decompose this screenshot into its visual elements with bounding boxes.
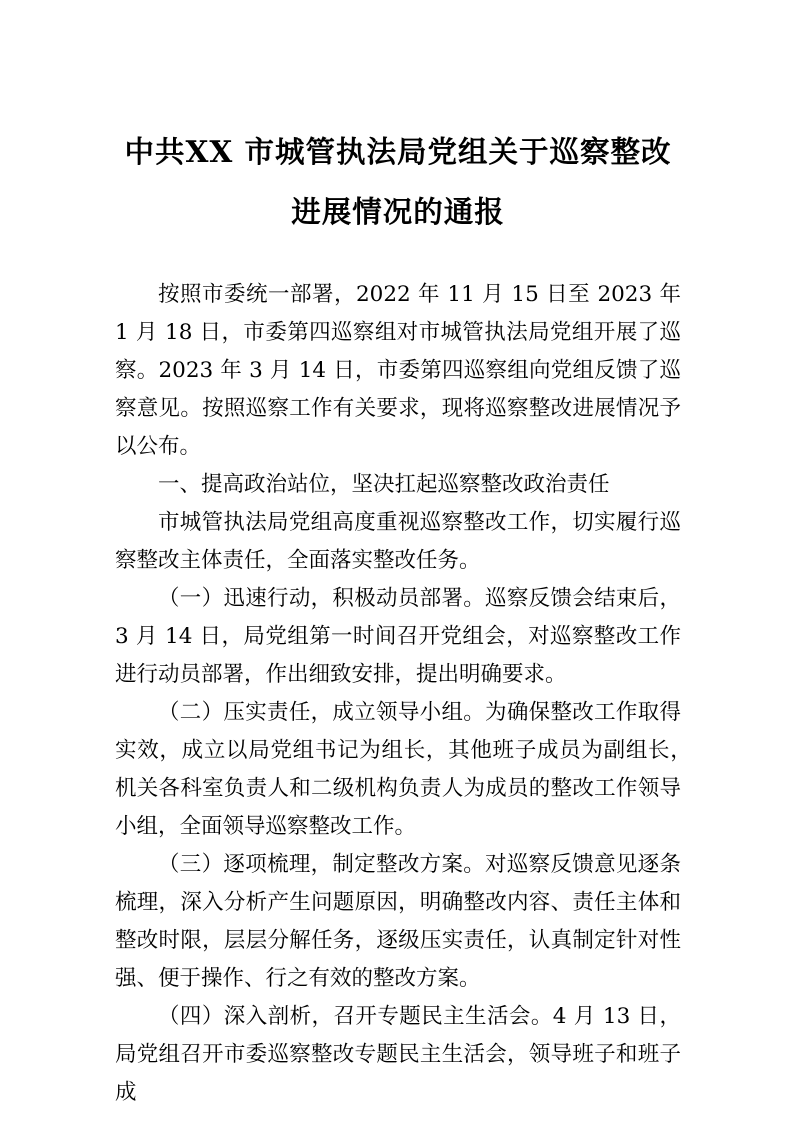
document-title: 中共XX 市城管执法局党组关于巡察整改 进展情况的通报 [115,122,681,242]
item-3-paragraph: （三）逐项梳理，制定整改方案。对巡察反馈意见逐条梳理，深入分析产生问题原因，明确… [115,846,681,998]
item-1-paragraph: （一）迅速行动，积极动员部署。巡察反馈会结束后，3 月 14 日，局党组第一时间… [115,580,681,694]
document-title-line-1: 中共XX 市城管执法局党组关于巡察整改 [115,122,681,182]
section-1-overview-paragraph: 市城管执法局党组高度重视巡察整改工作，切实履行巡察整改主体责任，全面落实整改任务… [115,504,681,580]
document-title-line-2: 进展情况的通报 [115,182,681,242]
document-body: 按照市委统一部署，2022 年 11 月 15 日至 2023 年 1 月 18… [115,276,681,1112]
document-page: 中共XX 市城管执法局党组关于巡察整改 进展情况的通报 按照市委统一部署，202… [0,0,794,1122]
section-1-heading: 一、提高政治站位，坚决扛起巡察整改政治责任 [115,466,681,504]
item-2-paragraph: （二）压实责任，成立领导小组。为确保整改工作取得实效，成立以局党组书记为组长，其… [115,694,681,846]
document-content: 中共XX 市城管执法局党组关于巡察整改 进展情况的通报 按照市委统一部署，202… [0,0,794,1122]
intro-paragraph: 按照市委统一部署，2022 年 11 月 15 日至 2023 年 1 月 18… [115,276,681,466]
item-4-paragraph-truncated: （四）深入剖析，召开专题民主生活会。4 月 13 日，局党组召开市委巡察整改专题… [115,998,681,1112]
